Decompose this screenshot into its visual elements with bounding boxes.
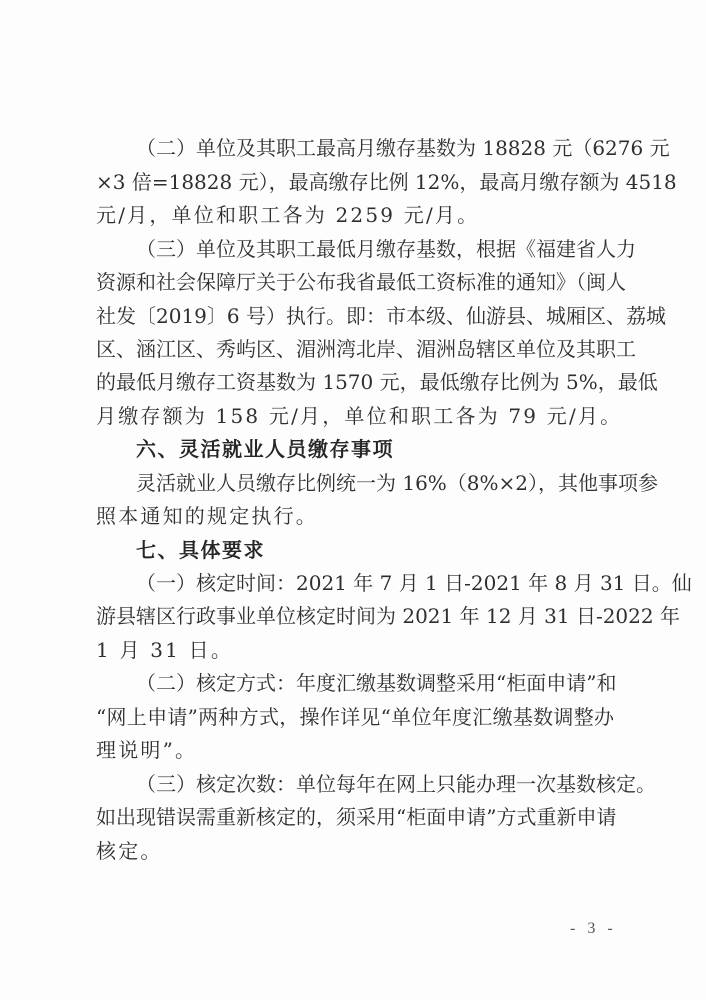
paragraph-line: 如出现错误需重新核定的，须采用“柜面申请”方式重新申请: [96, 801, 614, 834]
section-heading-6: 六、灵活就业人员缴存事项: [136, 433, 614, 466]
paragraph-line: 灵活就业人员缴存比例统一为 16%（8%×2），其他事项参: [136, 467, 614, 500]
paragraph-line: 照本通知的规定执行。: [96, 500, 614, 533]
paragraph-line: 元/月，单位和职工各为 2259 元/月。: [96, 199, 614, 232]
paragraph-line: 月缴存额为 158 元/月，单位和职工各为 79 元/月。: [96, 400, 614, 433]
paragraph-line: 的最低月缴存工资基数为 1570 元，最低缴存比例为 5%，最低: [96, 366, 614, 399]
paragraph-line: 核定。: [96, 835, 614, 868]
paragraph-line: （二）核定方式：年度汇缴基数调整采用“柜面申请”和: [136, 667, 614, 700]
paragraph-line: ×3 倍=18828 元），最高缴存比例 12%，最高月缴存额为 4518: [96, 166, 614, 199]
document-page: （二）单位及其职工最高月缴存基数为 18828 元（6276 元 ×3 倍=18…: [0, 0, 706, 1000]
paragraph-line: 社发〔2019〕6 号）执行。即：市本级、仙游县、城厢区、荔城: [96, 300, 614, 333]
paragraph-line: 游县辖区行政事业单位核定时间为 2021 年 12 月 31 日-2022 年: [96, 600, 614, 633]
section-heading-7: 七、具体要求: [136, 534, 614, 567]
paragraph-line: 1 月 31 日。: [96, 634, 614, 667]
paragraph-line: （二）单位及其职工最高月缴存基数为 18828 元（6276 元: [136, 132, 614, 165]
paragraph-line: （一）核定时间：2021 年 7 月 1 日-2021 年 8 月 31 日。仙: [136, 567, 614, 600]
paragraph-line: “网上申请”两种方式，操作详见“单位年度汇缴基数调整办: [96, 701, 614, 734]
paragraph-line: 理说明”。: [96, 734, 614, 767]
paragraph-line: 资源和社会保障厅关于公布我省最低工资标准的通知》（闽人: [96, 266, 614, 299]
paragraph-line: （三）单位及其职工最低月缴存基数，根据《福建省人力: [136, 233, 614, 266]
page-number: - 3 -: [570, 920, 617, 938]
paragraph-line: （三）核定次数：单位每年在网上只能办理一次基数核定。: [136, 768, 614, 801]
paragraph-line: 区、涵江区、秀屿区、湄洲湾北岸、湄洲岛辖区单位及其职工: [96, 333, 614, 366]
